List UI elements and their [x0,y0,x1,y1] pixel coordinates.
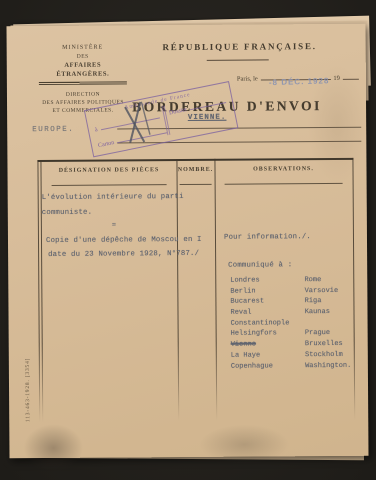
stamp-field-label: à [94,127,98,133]
city-row: Berlin Varsovie [230,287,350,299]
ministry-line: AFFAIRES ÉTRANGÈRES. [37,60,129,79]
designation-text: L'évolution intérieure du parti [42,193,184,202]
republic-heading: RÉPUBLIQUE FRANÇAISE. [147,41,333,52]
city-row: Londres Rome [230,276,350,288]
recipient-city: Riga [305,297,322,305]
received-date-stamp: -8 DÉC. 1928 [269,76,330,87]
recipient-city-struck: Vienne [231,340,301,348]
recipient-city-list: Londres Rome Berlin Varsovie Bucarest Ri… [230,276,351,373]
scan-background: MINISTÈRE DES AFFAIRES ÉTRANGÈRES. DIREC… [0,0,376,480]
designation-text: Copie d'une dépêche de Moscou en [46,236,193,245]
column-header-designation: DÉSIGNATION DES PIÈCES [41,167,176,174]
recipient-city: Copenhague [231,362,301,370]
recipient-city: Berlin [230,287,300,295]
table-top-border [37,158,353,162]
stamp-field-label: Dossier [169,107,188,117]
designation-text: date du 23 Novembre 1928, N°787./ [48,250,199,259]
city-row: La Haye Stockholm [231,351,351,363]
header-underline [225,183,343,185]
stamp-blank-line [189,96,226,110]
handwritten-mark [110,92,169,153]
communique-label: Communiqué à : [228,261,292,269]
column-header-observations: OBSERVATIONS. [214,166,352,173]
recipient-city: Prague [305,329,330,337]
header-underline [180,184,212,185]
header-underline [52,184,167,186]
date-line-prefix: Paris, le [237,76,258,83]
recipient-city: La Haye [231,351,301,359]
observation-note: Pour information./. [224,233,311,242]
city-row: Reval Kaunas [230,308,350,320]
recipient-city: Bucarest [230,298,300,306]
document-page: MINISTÈRE DES AFFAIRES ÉTRANGÈRES. DIREC… [6,24,368,458]
city-row: Constantinople [231,319,351,331]
city-row: Bucarest Riga [230,297,350,309]
date-line-year: 19 [333,75,340,82]
designation-text: communiste. [42,209,92,217]
stamp-field-label: Carton [98,140,115,149]
table-border [352,158,355,420]
column-header-nombre: NOMBRE. [176,167,214,173]
recipient-city: Varsovie [305,287,339,295]
recipient-city: Washington. [305,361,351,369]
recipient-city: Reval [230,308,300,316]
paper-smudge [23,424,83,472]
recipient-city: Londres [230,276,300,284]
recipient-city: Kaunas [305,308,330,316]
region-label: EUROPE. [32,126,74,134]
recipient-city: Stockholm [305,351,343,359]
city-row: Vienne Bruxelles [231,340,351,352]
recipient-city: Constantinople [231,319,301,327]
paragraph-separator: = [112,221,116,229]
heading-rule [207,59,269,60]
table-column-divider [214,159,217,421]
recipient-city: Bruxelles [305,340,343,348]
nombre-value: I [197,236,202,244]
ornamental-rule [39,81,127,85]
recipient-city: Rome [304,276,321,284]
date-blank-line [343,72,359,80]
city-row: Copenhague Washington. [231,361,351,373]
printer-margin-code: 113-463-1928. [3354] [24,302,31,422]
recipient-city: Helsingfors [231,330,301,338]
